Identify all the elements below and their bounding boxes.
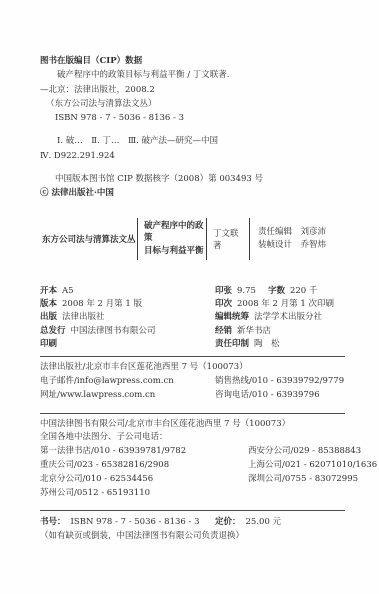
contact-right: 咨询电话/010 - 63939796 xyxy=(215,389,345,403)
branch-right xyxy=(248,487,345,501)
staff-credits: 责任编辑 刘彦沛 装帧设计 乔智炜 xyxy=(249,218,345,260)
series-name: 东方公司法与清算法文丛 xyxy=(40,218,137,260)
field-value: 陶 松 xyxy=(254,339,280,349)
field-value: 中国法律图书有限公司 xyxy=(71,326,156,336)
pub-info-row: 总发行中国法律图书有限公司 经销新华书店 xyxy=(40,325,345,338)
distributor-note: 全国各地中法图分、子公司电话： xyxy=(40,431,345,445)
cip-heading: 图书在版编目（CIP）数据 xyxy=(40,56,142,66)
pub-info-row: 出版法律出版社 编辑统筹法学学术出版分社 xyxy=(40,311,345,324)
field-value: 新华书店 xyxy=(237,326,271,336)
field-value: 法学学术出版分社 xyxy=(254,312,322,322)
cip-block: 图书在版编目（CIP）数据 破产程序中的政策目标与利益平衡 / 丁文联著. —北… xyxy=(40,54,345,201)
copyright-line: ⓒ 法律出版社·中国 xyxy=(40,188,114,198)
editor-credit: 责任编辑 刘彦沛 xyxy=(258,226,345,239)
cip-isbn-line: ISBN 978 - 7 - 5036 - 8136 - 3 xyxy=(55,111,345,125)
field-value: 220 千 xyxy=(290,286,317,296)
field-value: 2008 年 2 月第 1 版 xyxy=(62,299,142,309)
publisher-address: 法律出版社/北京市丰台区莲花池西里 7 号（100073） xyxy=(40,361,345,375)
isbn-price-row: 书号：ISBN 978 - 7 - 5036 - 8136 - 3 定价：25.… xyxy=(40,516,345,530)
field-label: 总发行 xyxy=(40,326,66,336)
contact-row: 电子邮件/info@lawpress.com.cn 销售热线/010 - 639… xyxy=(40,375,345,389)
publication-info: 开本A5 印张9.75字数220 千 版本2008 年 2 月第 1 版 印次2… xyxy=(40,285,345,351)
cip-series-line: （东方公司法与清算法文丛） xyxy=(46,97,345,111)
field-label: 编辑统筹 xyxy=(215,312,249,322)
book-title-line-1: 破产程序中的政策 xyxy=(144,220,206,245)
field-label: 经销 xyxy=(215,326,232,336)
cip-class-line-2: Ⅳ. D922.291.924 xyxy=(40,149,345,163)
contact-right: 销售热线/010 - 63939792/9779 xyxy=(215,375,345,389)
contact-left: 电子邮件/info@lawpress.com.cn xyxy=(40,375,215,389)
branch-row: 重庆公司/023 - 65382816/2908 上海公司/021 - 6207… xyxy=(40,459,345,473)
field-label: 出版 xyxy=(40,312,57,322)
author-name: 丁文联 著 xyxy=(206,218,249,260)
branch-row: 北京分公司/010 - 62534456 深圳公司/0755 - 8307299… xyxy=(40,473,345,487)
pub-info-row: 版本2008 年 2 月第 1 版 印次2008 年 2 月第 1 次印刷 xyxy=(40,298,345,311)
field-value: 9.75 xyxy=(237,286,256,296)
contact-left: 网址/www.lawpress.com.cn xyxy=(40,389,215,403)
branch-left: 重庆公司/023 - 65382816/2908 xyxy=(40,459,248,473)
branch-row: 第一法律书店/010 - 63939781/9782 西安分公司/029 - 8… xyxy=(40,445,345,459)
branch-right: 深圳公司/0755 - 83072995 xyxy=(248,473,358,487)
field-label: 责任印制 xyxy=(215,339,249,349)
designer-credit: 装帧设计 乔智炜 xyxy=(258,239,345,252)
branch-right: 上海公司/021 - 62071010/1636 xyxy=(248,459,377,473)
publisher-contact: 法律出版社/北京市丰台区莲花池西里 7 号（100073） 电子邮件/info@… xyxy=(40,357,345,407)
field-value: 法律出版社 xyxy=(62,312,105,322)
cip-record-line: 中国版本图书馆 CIP 数据核字（2008）第 003493 号 xyxy=(55,172,345,186)
isbn-label: 书号： xyxy=(40,517,66,527)
copyright-page: 图书在版编目（CIP）数据 破产程序中的政策目标与利益平衡 / 丁文联著. —北… xyxy=(0,0,379,594)
field-value: A5 xyxy=(62,286,74,296)
distributor-contact: 中国法律图书有限公司/北京市丰台区莲花池西里 7 号（100073） 全国各地中… xyxy=(40,414,345,506)
cip-publisher-line: —北京：法律出版社，2008.2 xyxy=(40,83,345,97)
branch-row: 苏州公司/0512 - 65193110 xyxy=(40,487,345,501)
distributor-address: 中国法律图书有限公司/北京市丰台区莲花池西里 7 号（100073） xyxy=(40,418,345,432)
pub-info-row: 开本A5 印张9.75字数220 千 xyxy=(40,285,345,298)
field-label: 印次 xyxy=(215,299,232,309)
branch-left: 苏州公司/0512 - 65193110 xyxy=(40,487,248,501)
branch-right: 西安分公司/029 - 85388843 xyxy=(248,445,361,459)
book-title: 破产程序中的政策 目标与利益平衡 xyxy=(137,218,206,260)
field-label: 字数 xyxy=(268,286,285,296)
field-label: 印张 xyxy=(215,286,232,296)
field-value: 2008 年 2 月第 1 次印刷 xyxy=(237,299,334,309)
return-policy-note: （如有缺页或倒装，中国法律图书有限公司负责退换） xyxy=(40,530,345,544)
price-value: 25.00 元 xyxy=(246,517,282,527)
pub-info-row: 印刷 责任印制陶 松 xyxy=(40,338,345,351)
title-bar: 东方公司法与清算法文丛 破产程序中的政策 目标与利益平衡 丁文联 著 责任编辑 … xyxy=(40,218,345,260)
field-label: 印刷 xyxy=(40,339,57,349)
book-title-line-2: 目标与利益平衡 xyxy=(144,245,206,258)
field-label: 版本 xyxy=(40,299,57,309)
branch-left: 第一法律书店/010 - 63939781/9782 xyxy=(40,445,248,459)
cip-title-line: 破产程序中的政策目标与利益平衡 / 丁文联著. xyxy=(57,68,345,82)
footer-block: 书号：ISBN 978 - 7 - 5036 - 8136 - 3 定价：25.… xyxy=(40,511,345,544)
contact-row: 网址/www.lawpress.com.cn 咨询电话/010 - 639397… xyxy=(40,389,345,403)
cip-class-line-1: Ⅰ. 破… Ⅱ. 丁… Ⅲ. 破产法—研究—中国 xyxy=(57,134,345,148)
isbn-value: ISBN 978 - 7 - 5036 - 8136 - 3 xyxy=(71,517,200,527)
price-label: 定价： xyxy=(215,517,241,527)
field-label: 开本 xyxy=(40,286,57,296)
branch-left: 北京分公司/010 - 62534456 xyxy=(40,473,248,487)
